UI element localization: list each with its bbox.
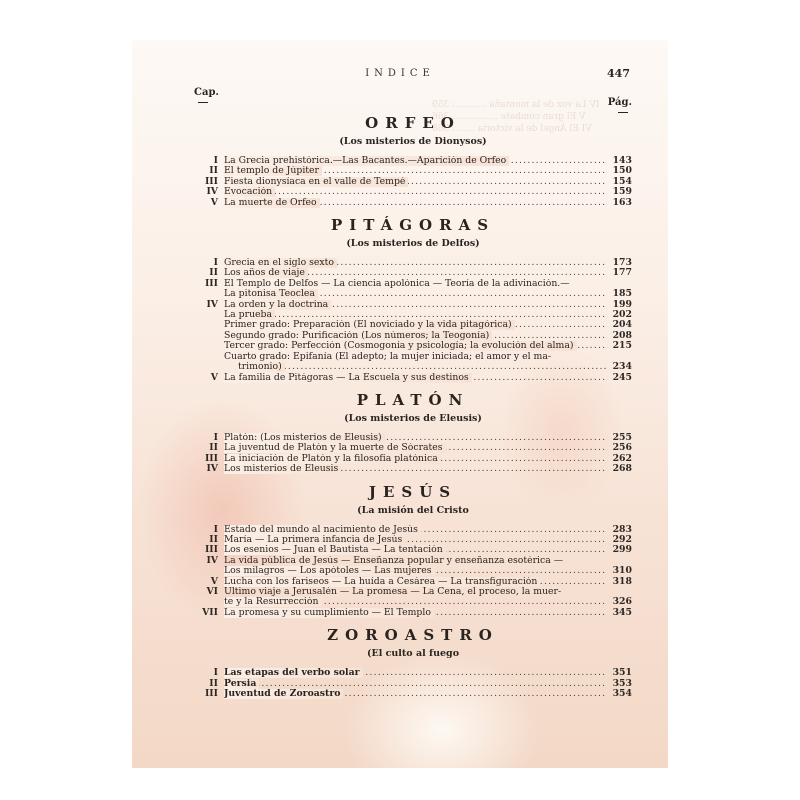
chapter-title: La prueba	[224, 310, 275, 320]
chapter-title: Persia	[224, 679, 259, 689]
chapter-title: Los esenios — Juan el Bautista — La tent…	[224, 545, 446, 555]
chapter-page: 299	[606, 545, 632, 555]
chapter-page: 234	[606, 362, 632, 372]
chapter-number: V	[194, 198, 224, 208]
chapter-title: Estado del mundo al nacimiento de Jesús	[224, 525, 421, 535]
section-title: PLATÓN	[194, 389, 632, 411]
section-title: JESÚS	[194, 481, 632, 503]
toc-entry: Cuarto grado: Epifanía (El adepto; la mu…	[194, 352, 632, 362]
chapter-title: Platón: (Los misterios de Eleusis)	[224, 433, 385, 443]
toc-entry: IEstado del mundo al nacimiento de Jesús…	[194, 525, 632, 535]
chapter-title: Evocación	[224, 187, 275, 197]
bleed-through-text: IV La voz de la montaña ............ 359	[432, 100, 599, 110]
section-title: ORFEO	[194, 112, 632, 134]
chapter-page: 345	[606, 608, 632, 618]
toc-entry: Primer grado: Preparación (El noviciado …	[194, 320, 632, 330]
section-jesus: JESÚS (La misión del Cristo IEstado del …	[194, 481, 632, 619]
section-title: ZOROASTRO	[194, 624, 632, 646]
section-subtitle: (Los misterios de Eleusis)	[194, 411, 632, 427]
chapter-title: Cuarto grado: Epifanía (El adepto; la mu…	[224, 352, 554, 362]
chapter-title: El Templo de Delfos — La ciencia apolóni…	[224, 279, 573, 289]
page-column-label: Pág.	[608, 97, 632, 108]
chapter-title: Lucha con los fariseos — La huída a Cesá…	[224, 577, 540, 587]
chapter-number: III	[194, 279, 224, 289]
toc-entry: VIILa promesa y su cumplimiento — El Tem…	[194, 608, 632, 618]
table-of-contents: ORFEO (Los misterios de Dionysos) ILa Gr…	[194, 112, 632, 699]
toc-entry: IIPersia353	[194, 679, 632, 689]
toc-entry-continuation: La pitonisa Teoclea185	[194, 289, 632, 299]
chapter-page: 163	[606, 198, 632, 208]
chapter-title: Juventud de Zoroastro	[224, 689, 343, 699]
toc-entry: IPlatón: (Los misterios de Eleusis)255	[194, 433, 632, 443]
chapter-page: 310	[606, 566, 632, 576]
toc-entry: La prueba202	[194, 310, 632, 320]
chapter-title: La orden y la doctrina	[224, 300, 331, 310]
toc-entry: IIIJuventud de Zoroastro354	[194, 689, 632, 699]
section-subtitle: (Los misterios de Dionysos)	[194, 134, 632, 150]
toc-entry: ILas etapas del verbo solar351	[194, 668, 632, 678]
toc-entry: IIEl templo de Júpiter150	[194, 166, 632, 176]
chapter-title: Fiesta dionysíaca en el valle de Tempé	[224, 177, 408, 187]
chapter-page: 268	[606, 464, 632, 474]
toc-entry: ILa Grecia prehistórica.—Las Bacantes.—A…	[194, 156, 632, 166]
chapter-number: IV	[194, 300, 224, 310]
chapter-number: III	[194, 689, 224, 699]
chapter-number: IV	[194, 464, 224, 474]
chapter-title: La promesa y su cumplimiento — El Templo	[224, 608, 434, 618]
chapter-page: 245	[606, 373, 632, 383]
chapter-number: IV	[194, 187, 224, 197]
toc-entry: IILa juventud de Platón y la muerte de S…	[194, 443, 632, 453]
toc-entry: IIIFiesta dionysíaca en el valle de Temp…	[194, 177, 632, 187]
chapter-page: 318	[606, 577, 632, 587]
chapter-title: Los misterios de Eleusis	[224, 464, 341, 474]
chapter-title: La Grecia prehistórica.—Las Bacantes.—Ap…	[224, 156, 509, 166]
chapter-number: V	[194, 373, 224, 383]
toc-entry: IIIEl Templo de Delfos — La ciencia apol…	[194, 279, 632, 289]
chapter-title: La familia de Pitágoras — La Escuela y s…	[224, 373, 472, 383]
chapter-number: VI	[194, 587, 224, 597]
chapter-number: IV	[194, 556, 224, 566]
chapter-number: VII	[194, 608, 224, 618]
chapter-column-label: Cap.	[194, 87, 219, 98]
chapter-title: La juventud de Platón y la muerte de Sóc…	[224, 443, 446, 453]
toc-entry: IILos años de viaje177	[194, 268, 632, 278]
section-subtitle: (El culto al fuego	[194, 646, 632, 662]
section-orfeo: ORFEO (Los misterios de Dionysos) ILa Gr…	[194, 112, 632, 208]
chapter-title: La vida pública de Jesús — Enseñanza pop…	[224, 556, 566, 566]
toc-entry: IVLa orden y la doctrina199	[194, 300, 632, 310]
chapter-title: Los años de viaje	[224, 268, 308, 278]
toc-entry-continuation: trimonio)234	[194, 362, 632, 372]
chapter-page: 177	[606, 268, 632, 278]
running-head: INDICE	[132, 68, 668, 79]
toc-entry: IVLos misterios de Eleusis268	[194, 464, 632, 474]
page-number: 447	[607, 67, 630, 80]
toc-entry: VLucha con los fariseos — La huída a Ces…	[194, 577, 632, 587]
chapter-page: 354	[606, 689, 632, 699]
chapter-title: La iniciación de Platón y la filosofía p…	[224, 454, 441, 464]
chapter-title-continued: te y la Resurrección	[224, 597, 322, 607]
section-zoroastro: ZOROASTRO (El culto al fuego ILas etapas…	[194, 624, 632, 699]
chapter-title: La muerte de Orfeo	[224, 198, 320, 208]
section-title: PITÁGORAS	[194, 214, 632, 236]
chapter-title: El templo de Júpiter	[224, 166, 322, 176]
toc-entry-continuation: te y la Resurrección326	[194, 597, 632, 607]
toc-entry: VLa familia de Pitágoras — La Escuela y …	[194, 373, 632, 383]
chapter-title: Primer grado: Preparación (El noviciado …	[224, 320, 515, 330]
toc-entry: IIMaría — La primera infancia de Jesús29…	[194, 535, 632, 545]
toc-entry: Segundo grado: Purificación (Los números…	[194, 331, 632, 341]
chapter-title-continued: La pitonisa Teoclea	[224, 289, 318, 299]
section-pitagoras: PITÁGORAS (Los misterios de Delfos) IGre…	[194, 214, 632, 383]
toc-entry: IVEvocación159	[194, 187, 632, 197]
chapter-title-continued: trimonio)	[238, 362, 285, 372]
toc-entry: VIUltimo viaje a Jerusalén — La promesa …	[194, 587, 632, 597]
toc-entry: Tercer grado: Perfección (Cosmogonía y p…	[194, 341, 632, 351]
section-platon: PLATÓN (Los misterios de Eleusis) IPlató…	[194, 389, 632, 475]
toc-entry: IGrecia en el siglo sexto173	[194, 258, 632, 268]
chapter-title: Segundo grado: Purificación (Los números…	[224, 331, 492, 341]
book-page: IV La voz de la montaña ............ 359…	[132, 40, 668, 768]
chapter-title-continued: Los milagros — Los apótoles — Las mujere…	[224, 566, 435, 576]
toc-entry: IIILos esenios — Juan el Bautista — La t…	[194, 545, 632, 555]
chapter-column-rule	[198, 102, 208, 103]
toc-entry: VLa muerte de Orfeo163	[194, 198, 632, 208]
chapter-title: María — La primera infancia de Jesús	[224, 535, 405, 545]
chapter-title: Ultimo viaje a Jerusalén — La promesa — …	[224, 587, 564, 597]
toc-entry: IVLa vida pública de Jesús — Enseñanza p…	[194, 556, 632, 566]
chapter-title: Grecia en el siglo sexto	[224, 258, 337, 268]
section-subtitle: (Los misterios de Delfos)	[194, 236, 632, 252]
toc-entry: IIILa iniciación de Platón y la filosofí…	[194, 454, 632, 464]
chapter-title: Las etapas del verbo solar	[224, 668, 363, 678]
section-subtitle: (La misión del Cristo	[194, 503, 632, 519]
chapter-title: Tercer grado: Perfección (Cosmogonía y p…	[224, 341, 577, 351]
toc-entry-continuation: Los milagros — Los apótoles — Las mujere…	[194, 566, 632, 576]
chapter-page: 215	[606, 341, 632, 351]
